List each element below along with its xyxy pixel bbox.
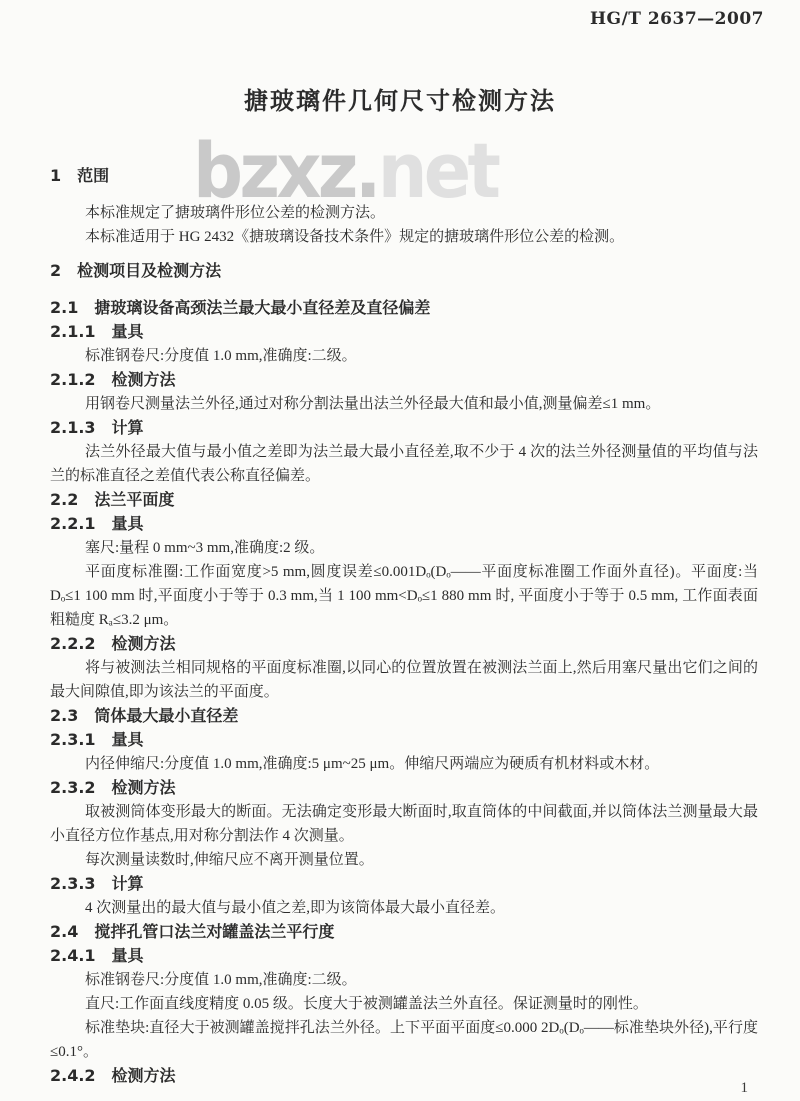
paragraph: 法兰外径最大值与最小值之差即为法兰最大最小直径差,取不少于 4 次的法兰外径测量… bbox=[50, 440, 758, 488]
paragraph: 本标准适用于 HG 2432《搪玻璃设备技术条件》规定的搪玻璃件形位公差的检测。 bbox=[50, 225, 758, 249]
paragraph: 标准钢卷尺:分度值 1.0 mm,准确度:二级。 bbox=[50, 344, 758, 368]
subsection-heading: 2.4.2 检测方法 bbox=[50, 1064, 758, 1088]
paragraph: 平面度标准圈:工作面宽度>5 mm,圆度误差≤0.001Dₒ(Dₒ——平面度标准… bbox=[50, 560, 758, 632]
document-page: { "header": { "code": "HG/T 2637—2007" }… bbox=[0, 0, 800, 1101]
subsection-heading: 2.2.2 检测方法 bbox=[50, 632, 758, 656]
paragraph: 标准垫块:直径大于被测罐盖搅拌孔法兰外径。上下平面平面度≤0.000 2Dₒ(D… bbox=[50, 1016, 758, 1064]
document-title: 搪玻璃件几何尺寸检测方法 bbox=[0, 86, 800, 116]
subsection-heading: 2.2 法兰平面度 bbox=[50, 488, 758, 512]
document-body: 1 范围 本标准规定了搪玻璃件形位公差的检测方法。 本标准适用于 HG 2432… bbox=[0, 153, 800, 1088]
paragraph: 每次测量读数时,伸缩尺应不离开测量位置。 bbox=[50, 848, 758, 872]
subsection-heading: 2.1.1 量具 bbox=[50, 320, 758, 344]
paragraph: 4 次测量出的最大值与最小值之差,即为该筒体最大最小直径差。 bbox=[50, 896, 758, 920]
subsection-heading: 2.1.3 计算 bbox=[50, 416, 758, 440]
subsection-heading: 2.3.2 检测方法 bbox=[50, 776, 758, 800]
paragraph: 将与被测法兰相同规格的平面度标准圈,以同心的位置放置在被测法兰面上,然后用塞尺量… bbox=[50, 656, 758, 704]
paragraph: 标准钢卷尺:分度值 1.0 mm,准确度:二级。 bbox=[50, 968, 758, 992]
subsection-heading: 2.1 搪玻璃设备高颈法兰最大最小直径差及直径偏差 bbox=[50, 296, 758, 320]
subsection-heading: 2.2.1 量具 bbox=[50, 512, 758, 536]
subsection-heading: 2.3.3 计算 bbox=[50, 872, 758, 896]
paragraph: 本标准规定了搪玻璃件形位公差的检测方法。 bbox=[50, 201, 758, 225]
paragraph: 用钢卷尺测量法兰外径,通过对称分割法量出法兰外径最大值和最小值,测量偏差≤1 m… bbox=[50, 392, 758, 416]
paragraph: 塞尺:量程 0 mm~3 mm,准确度:2 级。 bbox=[50, 536, 758, 560]
page-number: 1 bbox=[741, 1079, 749, 1097]
subsection-heading: 2.4.1 量具 bbox=[50, 944, 758, 968]
section-heading: 1 范围 bbox=[50, 164, 758, 188]
subsection-heading: 2.3 筒体最大最小直径差 bbox=[50, 704, 758, 728]
subsection-heading: 2.1.2 检测方法 bbox=[50, 368, 758, 392]
paragraph: 内径伸缩尺:分度值 1.0 mm,准确度:5 μm~25 μm。伸缩尺两端应为硬… bbox=[50, 752, 758, 776]
subsection-heading: 2.3.1 量具 bbox=[50, 728, 758, 752]
section-heading: 2 检测项目及检测方法 bbox=[50, 259, 758, 283]
subsection-heading: 2.4 搅拌孔管口法兰对罐盖法兰平行度 bbox=[50, 920, 758, 944]
paragraph: 取被测筒体变形最大的断面。无法确定变形最大断面时,取直筒体的中间截面,并以筒体法… bbox=[50, 800, 758, 848]
standard-code: HG/T 2637—2007 bbox=[0, 0, 800, 30]
paragraph: 直尺:工作面直线度精度 0.05 级。长度大于被测罐盖法兰外直径。保证测量时的刚… bbox=[50, 992, 758, 1016]
